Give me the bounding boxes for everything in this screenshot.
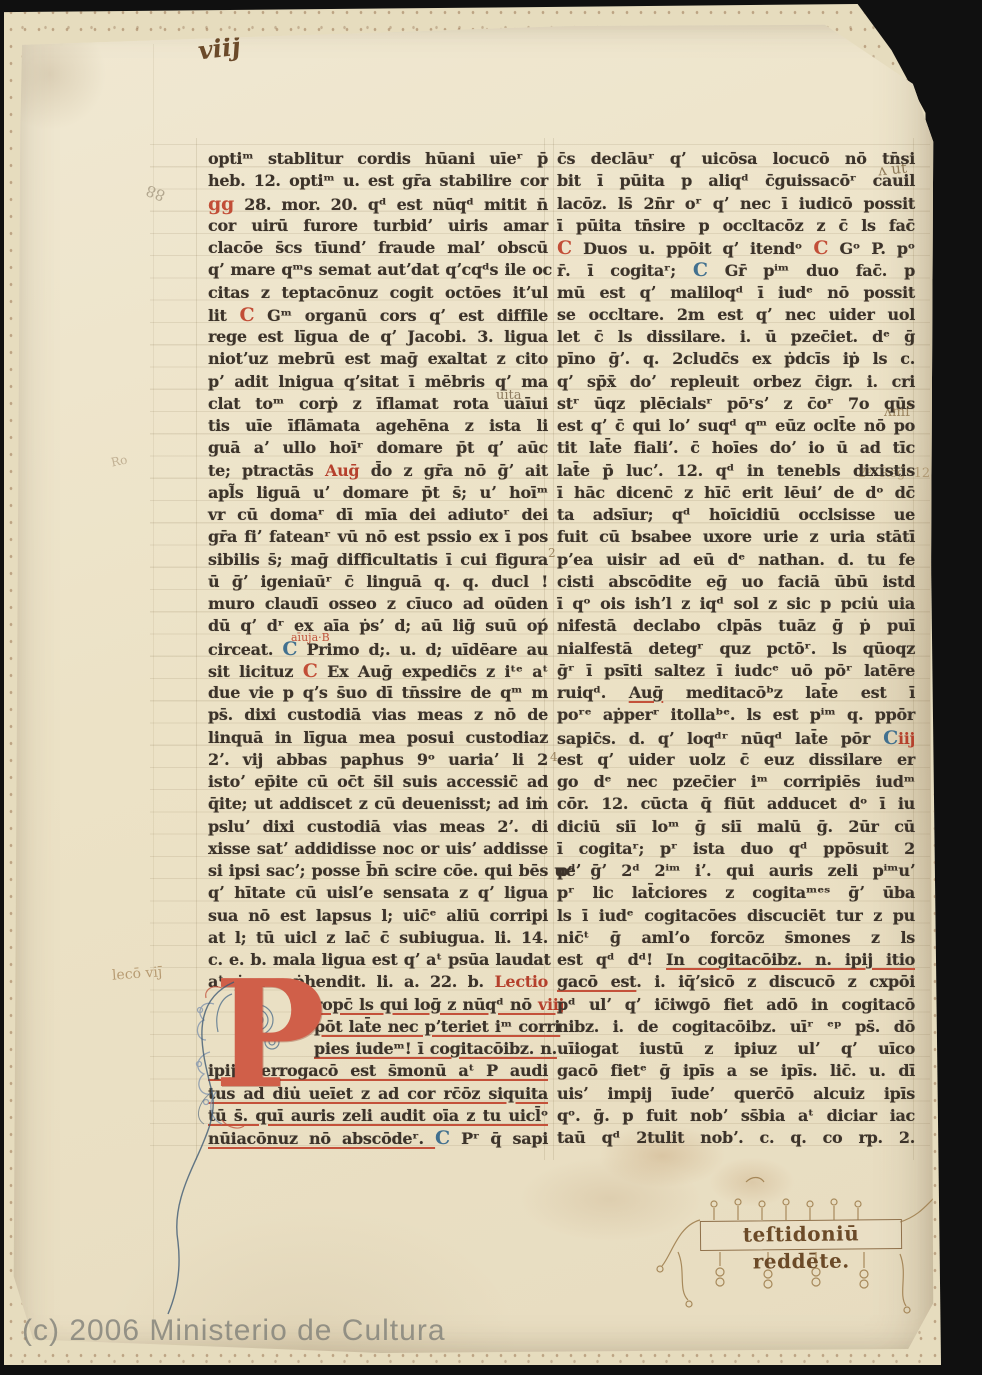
text-segment: . i. iq̄ʼsicō z discucō z cxpōi (636, 972, 915, 991)
text-line: se occltare. 2m est qʼ nec uider uol (557, 304, 915, 326)
text-segment: Ex Auḡ expedic̄s z iᵗᵉ aᵗ (318, 662, 548, 681)
text-line: nialfestā detegʳ quz pctōʳ. ls qūoqz (557, 638, 915, 660)
text-segment: tis uīe īflāmata agehēna z ista li (208, 416, 548, 435)
text-segment: niotʼuz mebrū est maḡ exaltat z cito (208, 349, 548, 368)
text-line: uīiogat iustū z ipiuz ulʼ qʼ uīco (557, 1038, 915, 1060)
text-line: taū qᵈ 2tulit nobʼ. c. q. co rp. 2. (557, 1127, 915, 1149)
text-line: clat toᵐ corṗ z īflamat rota uaīui (208, 393, 548, 415)
text-segment: ls ī iudᵉ cogitacōes discuciēt tur z pu (557, 906, 915, 925)
text-segment: est qᵈ dᵈ! (557, 950, 666, 969)
text-segment: let c̄ ls dissilare. i. ū pzec̄iet. dᵉ ḡ (557, 327, 915, 346)
text-line: pʼea uisir ad eū dᵉ nathan. d. tu fe (557, 549, 915, 571)
text-segment: pᵈ ulʼ qʼ ic̄iwgō fiet adō in cogitacō (557, 995, 915, 1014)
text-segment: Auḡ (325, 461, 359, 480)
text-line: pīno ḡʼ. q. 2cludc̄s ex ṗdcīs iṗ ls c. (557, 348, 915, 370)
text-segment: qᵒ. ḡ. p fuit nobʼ ss̄bia aᵗ diciar iac (557, 1106, 915, 1125)
text-line: pᵈ ulʼ qʼ ic̄iwgō fiet adō in cogitacō (557, 994, 915, 1016)
text-segment: cōr. 12. cūcta q̄ fiūt adducet dᵒ ī iu (557, 794, 915, 813)
text-line: due vie p qʼs s̄uo dī tn̄ssire de qᵐ m (208, 682, 548, 704)
text-line: te; ptractās Auḡ d̄o z gr̄a nō ḡʼ ait (208, 460, 548, 482)
text-line: pʼ adit lnigua qʼsitat ī mēbris qʼ ma (208, 371, 548, 393)
text-segment: se occltare. 2m est qʼ nec uider uol (557, 305, 915, 324)
text-line: est qᵈ dᵈ! In cogitacōibz. n. ipij itio (557, 949, 915, 971)
text-line: diciū siī loᵐ ḡ siī malū ḡ. 2ūr cū (557, 816, 915, 838)
text-segment: qʼ hītate cū uislʼe sensata z qʼ ligua (208, 883, 548, 902)
text-segment: linquā in līgua mea posui custodiaz (208, 728, 548, 747)
text-line: at l; tū uicl z lac̄ c̄ subiugua. li. 14… (208, 927, 548, 949)
text-segment: mū est qʼ maliloqᵈ ī iudᵉ nō possit (557, 283, 915, 302)
text-segment: Primo d;. u. d; uīdēare au (297, 640, 548, 659)
text-segment: pʼea uisir ad eū dᵉ nathan. d. tu fe (557, 550, 915, 569)
text-line: gacō fietᵉ ḡ ipīs a se ipīs. lic̄. u. dī (557, 1060, 915, 1082)
text-segment: c̄s declāuʳ qʼ uicōsa locucō nō tn̄si (557, 149, 915, 168)
text-segment: vr cū domaʳ dī mīa dei adiutoʳ dei (208, 505, 548, 524)
text-segment: nialfestā detegʳ quz pctōʳ. ls qūoqz (557, 639, 915, 658)
text-segment: optiᵐ stablitur cordis hūani uīeʳ p̄ (208, 149, 548, 168)
text-segment: ū ḡʼ igeniaūʳ c̄ linguā q. q. ducl ! (208, 572, 548, 591)
text-segment: ruiqᵈ. (557, 683, 629, 702)
text-segment: si ipsi sacʼ; posse b̄n̄ scire cōe. qui … (208, 861, 581, 880)
text-line: stʳ ūqz plēcialsʳ pōʳsʼ z c̄oʳ 7o qūs (557, 393, 915, 415)
text-segment: ta adsīur; qᵈ hoīcidiū occlsisse ue (557, 505, 915, 524)
text-segment: pᵈ ḡʼ 2ᵈ 2ⁱᵐ iʼ. qui auris zeli pⁱᵐuʼ (557, 861, 915, 880)
text-line: psluʼ dixi custodiā vias meas 2ʼ. di (208, 816, 548, 838)
text-line: ī cogitaʳ; pʳ ista duo qᵈ ppōsuit 2 (557, 838, 915, 860)
text-line: ḡʳ ī psīti saltez ī iudcᵉ uō pōʳ latēre (557, 660, 915, 682)
text-line: citas z teptacōnuz cogit octōes itʼul (208, 282, 548, 304)
text-line: nic̄ᵗ ḡ amlʼo forcōz s̄mones z ls (557, 927, 915, 949)
text-line: vr cū domaʳ dī mīa dei adiutoʳ dei (208, 504, 548, 526)
text-line: qʼ hītate cū uislʼe sensata z qʼ ligua (208, 882, 548, 904)
text-segment: due vie p qʼs s̄uo dī tn̄ssire de qᵐ m (208, 683, 548, 702)
text-segment: lat̄e p̄ lucʼ. 12. qᵈ in tenebls dixisti… (557, 461, 915, 480)
text-segment: sit licituz (208, 662, 303, 681)
text-segment: bit ī pūita p aliqᵈ c̄guissacōʳ cauil (557, 171, 915, 190)
text-segment: Gᵒ P. pᵒ (828, 239, 915, 258)
text-segment: ī hāc dicenc̄ z hīc̄ erit lēuiʼ de dᵒ dc… (557, 483, 915, 502)
text-segment: C (282, 638, 297, 660)
text-line: sibilis s̄; maḡ difficultatis ī cui figu… (208, 549, 548, 571)
text-segment: gacō est (557, 972, 636, 991)
text-segment: iij (898, 729, 915, 748)
text-segment: Pʳ q̄ sapi (450, 1129, 548, 1148)
text-line: ū ḡʼ igeniaūʳ c̄ linguā q. q. ducl ! (208, 571, 548, 593)
text-segment: circeat. (208, 640, 282, 659)
text-line: gacō est. i. iq̄ʼsicō z discucō z cxpōi (557, 971, 915, 993)
text-line: tis uīe īflāmata agehēna z ista li (208, 415, 548, 437)
text-segment: dū qʼ dʳ ex aīa ṗsʼ d; aū liḡ suū oṕ (208, 616, 548, 635)
text-line: lit C Gᵐ organū cors qʼ est diffile (208, 304, 548, 326)
catchword-label: teſtidoniū reddēte. (700, 1219, 902, 1251)
text-segment: d̄o z gr̄a nō ḡʼ ait (359, 461, 548, 480)
text-segment: apl̃s liguā uʼ domare p̄t s̄; uʼ hoīᵐ (208, 483, 548, 502)
text-line: sua nō est lapsus l; uic̄ᵉ aliū corripi (208, 905, 548, 927)
text-line: niotʼuz mebrū est maḡ exaltat z cito (208, 348, 548, 370)
text-line: circeat. C Primo d;. u. d; uīdēare au (208, 638, 548, 660)
text-line: istoʼ ep̄ite cū oc̄t s̄il suis accessic̄… (208, 771, 548, 793)
text-segment: fuit cū bsabee uxore urie z uria stātī (557, 527, 915, 546)
text-segment: tit lat̄e fialiʼ. c̄ hoīes doʼ io ū ad t… (557, 438, 915, 457)
text-line: lat̄e p̄ lucʼ. 12. qᵈ in tenebls dixisti… (557, 460, 915, 482)
text-line: go dᵉ nec pzec̄ier iᵐ corripiēs iudᵐ (557, 771, 915, 793)
text-segment: nifestā declabo clpās tuāz ḡ ṗ puī (557, 616, 915, 635)
text-line: qᵒ. ḡ. p fuit nobʼ ss̄bia aᵗ diciar iac (557, 1105, 915, 1127)
text-segment: 28. mor. 20. qᵈ est nūqᵈ mitit n̄ (234, 195, 548, 214)
margin-note-pencil: 88 (143, 181, 167, 204)
text-line: xisse satʼ addidisse noc or uisʼ addisse (208, 838, 548, 860)
text-line: pʳ lic lat̄ciores z cogitaᵐᵉˢ ḡʼ ūba (557, 882, 915, 904)
text-line: C Duos u. ppōit qʼ itendᵒ C Gᵒ P. pᵒ (557, 237, 915, 259)
text-segment: nibz. i. de cogitacōibz. uīʳ ᵉᵖ ps̄. dō (557, 1017, 915, 1036)
text-line: cor uirū furore turbidʼ uiris amar (208, 215, 548, 237)
text-line: c̄s declāuʳ qʼ uicōsa locucō nō tn̄si (557, 148, 915, 170)
text-segment: ps̄. dixi custodiā vias meas z nō de (208, 705, 548, 724)
text-segment: q̄ite; ut addiscet z cū deuenisst; ad iṁ (208, 794, 548, 813)
copyright-watermark: (c) 2006 Ministerio de Cultura (22, 1314, 446, 1348)
pen-flourish-icon (138, 952, 258, 1322)
text-line: est qʼ uider uolz c̄ euz dissilare er (557, 749, 915, 771)
text-segment: gg (208, 193, 234, 215)
text-segment: In cogitacōibz. n. ipij itio (666, 950, 915, 969)
text-line: fuit cū bsabee uxore urie z uria stātī (557, 526, 915, 548)
text-segment: pīno ḡʼ. q. 2cludc̄s ex ṗdcīs iṗ ls c. (557, 349, 915, 368)
text-line: sapic̄s. d. qʼ loqᵈʳ nūqᵈ lat̄e pōr Ciij (557, 727, 915, 749)
text-segment: xisse satʼ addidisse noc or uisʼ addisse (208, 839, 548, 858)
text-segment: rege est līgua de qʼ Jacobi. 3. ligua (208, 327, 548, 346)
text-segment: gacō fietᵉ ḡ ipīs a se ipīs. lic̄. u. dī (557, 1061, 915, 1080)
text-segment: sua nō est lapsus l; uic̄ᵉ aliū corripi (208, 906, 548, 925)
text-segment: Lectio (494, 972, 548, 991)
text-line: cisti abscōdite eḡ uo faciā ūbū istd (557, 571, 915, 593)
text-line: nifestā declabo clpās tuāz ḡ ṗ puī (557, 615, 915, 637)
text-line: si ipsi sacʼ; posse b̄n̄ scire cōe. qui … (208, 860, 548, 882)
text-line: lacōz. ls̄ 2n̄r oʳ qʼ nec ī iudicō possi… (557, 193, 915, 215)
text-segment: psluʼ dixi custodiā vias meas 2ʼ. di (208, 817, 548, 836)
margin-note-left-faint: Ro (110, 452, 129, 469)
text-line: clacōe s̄cs tīundʼ fraude malʼ obscū (208, 237, 548, 259)
text-segment: taū qᵈ 2tulit nobʼ. c. q. co rp. 2. (557, 1128, 915, 1147)
text-segment: ī qᵒ ois ishʼl z iqᵈ sol z sic p pciu̇ u… (557, 594, 915, 613)
text-segment: poʳᵉ aṗperʳ itollaᵇᵉ. ls est pⁱᵐ q. ppōr (557, 705, 915, 724)
text-line: heb. 12. optiᵐ u. est gr̄a stabilire cor (208, 170, 548, 192)
text-segment: sapic̄s. d. qʼ loqᵈʳ nūqᵈ lat̄e pōr (557, 729, 883, 748)
text-segment: pʳ lic lat̄ciores z cogitaᵐᵉˢ ḡʼ ūba (557, 883, 915, 902)
text-line: mū est qʼ maliloqᵈ ī iudᵉ nō possit (557, 282, 915, 304)
text-segment: Gᵐ organū cors qʼ est diffile (254, 306, 548, 325)
text-segment: qʼ sp̄x̄ doʼ repleuit orbez c̄igr. i. cr… (557, 372, 915, 391)
text-segment: gr̄a fiʼ fateanʳ vū nō est pssio ex ī po… (208, 527, 548, 546)
text-line: ps̄. dixi custodiā vias meas z nō de (208, 704, 548, 726)
between-column-mark: 2 (548, 546, 556, 560)
text-segment: ī cogitaʳ; pʳ ista duo qᵈ ppōsuit 2 (557, 839, 915, 858)
text-segment: sibilis s̄; maḡ difficultatis ī cui figu… (208, 550, 548, 569)
text-segment: qʼ mare qᵐs semat autʼdat qʼcqᵈs ile oc (208, 260, 552, 279)
text-segment: meditacōᵇz lat̄e est ī (663, 683, 915, 702)
text-segment: go dᵉ nec pzec̄ier iᵐ corripiēs iudᵐ (557, 772, 915, 791)
text-line: q̄ite; ut addiscet z cū deuenisst; ad iṁ (208, 793, 548, 815)
text-segment: pōt lat̄e nec pʼteriet iᵐ corri (314, 1017, 560, 1036)
text-line: ta adsīur; qᵈ hoīcidiū occlsisse ue (557, 504, 915, 526)
text-segment: C (813, 237, 828, 259)
text-segment: citas z teptacōnuz cogit octōes itʼul (208, 283, 548, 302)
text-segment: C (883, 727, 898, 749)
text-segment: est qʼ c̄ qui loʼ suqᵈ qᵐ eūz oclt̄e nō … (557, 416, 915, 435)
text-segment: est qʼ uider uolz c̄ euz dissilare er (557, 750, 915, 769)
text-segment: C (303, 660, 318, 682)
text-line: ruiqᵈ. Auḡ meditacōᵇz lat̄e est ī (557, 682, 915, 704)
text-line: linquā in līgua mea posui custodiaz (208, 727, 548, 749)
text-segment: C (240, 304, 255, 326)
text-segment: at l; tū uicl z lac̄ c̄ subiugua. li. 14… (208, 928, 548, 947)
text-column-right: c̄s declāuʳ qʼ uicōsa locucō nō tn̄sibit… (557, 148, 915, 1149)
text-segment: nic̄ᵗ ḡ amlʼo forcōz s̄mones z ls (557, 928, 915, 947)
text-line: gr̄a fiʼ fateanʳ vū nō est pssio ex ī po… (208, 526, 548, 548)
text-line: rege est līgua de qʼ Jacobi. 3. ligua (208, 326, 548, 348)
text-line: nibz. i. de cogitacōibz. uīʳ ᵉᵖ ps̄. dō (557, 1016, 915, 1038)
text-line: gg 28. mor. 20. qᵈ est nūqᵈ mitit n̄ (208, 193, 548, 215)
text-segment: stʳ ūqz plēcialsʳ pōʳsʼ z c̄oʳ 7o qūs (557, 394, 915, 413)
text-segment: clacōe s̄cs tīundʼ fraude malʼ obscū (208, 238, 548, 257)
text-line: optiᵐ stablitur cordis hūani uīeʳ p̄ (208, 148, 548, 170)
text-line: muro claudī osseo z cīuco ad oūden (208, 593, 548, 615)
text-segment: diciū siī loᵐ ḡ siī malū ḡ. 2ūr cū (557, 817, 915, 836)
text-segment: C (435, 1127, 450, 1149)
text-line: r̄. ī cogitaʳ; C Gr̄ pⁱᵐ duo fac̄. p (557, 259, 915, 281)
text-line: ī pūita tn̄sire p occltacōz z c̄ ls fac̄ (557, 215, 915, 237)
text-segment: clat toᵐ corṗ z īflamat rota uaīui (208, 394, 548, 413)
text-line: ī qᵒ ois ishʼl z iqᵈ sol z sic p pciu̇ u… (557, 593, 915, 615)
text-segment: ī pūita tn̄sire p occltacōz z c̄ ls fac̄ (557, 216, 915, 235)
text-line: poʳᵉ aṗperʳ itollaᵇᵉ. ls est pⁱᵐ q. ppōr (557, 704, 915, 726)
text-line: let c̄ ls dissilare. i. ū pzec̄iet. dᵉ ḡ (557, 326, 915, 348)
text-segment: cisti abscōdite eḡ uo faciā ūbū istd (557, 572, 915, 591)
text-line: pᵈ ḡʼ 2ᵈ 2ⁱᵐ iʼ. qui auris zeli pⁱᵐuʼ (557, 860, 915, 882)
text-segment: lacōz. ls̄ 2n̄r oʳ qʼ nec ī iudicō possi… (557, 194, 915, 213)
text-segment: Auḡ (629, 683, 663, 702)
text-line: tit lat̄e fialiʼ. c̄ hoīes doʼ io ū ad t… (557, 437, 915, 459)
text-segment: uīiogat iustū z ipiuz ulʼ qʼ uīco (557, 1039, 915, 1058)
text-line: qʼ mare qᵐs semat autʼdat qʼcqᵈs ile oc (208, 259, 548, 281)
text-line: qʼ sp̄x̄ doʼ repleuit orbez c̄igr. i. cr… (557, 371, 915, 393)
text-line: sit licituz C Ex Auḡ expedic̄s z iᵗᵉ aᵗ (208, 660, 548, 682)
text-segment: ḡʳ ī psīti saltez ī iudcᵉ uō pōʳ latēre (557, 661, 915, 680)
text-segment: ropc̄ ls qui loḡ z nūqᵈ nō (314, 995, 538, 1014)
text-segment: 2ʼ. vij abbas paphus 9ᵒ uariaʼ li 2 (208, 750, 548, 769)
text-segment: cor uirū furore turbidʼ uiris amar (208, 216, 548, 235)
text-segment: heb. 12. optiᵐ u. est gr̄a stabilire cor (208, 171, 548, 190)
text-segment: te; ptractās (208, 461, 325, 480)
text-segment: Duos u. ppōit qʼ itendᵒ (572, 239, 814, 258)
text-line: uisʼ impij īudeʼ querc̄ō alcuiz ipīs (557, 1083, 915, 1105)
text-segment: guā aʼ ullo hoīʳ domare p̄t qʼ aūc (208, 438, 548, 457)
text-line: bit ī pūita p aliqᵈ c̄guissacōʳ cauil (557, 170, 915, 192)
text-line: cōr. 12. cūcta q̄ fiūt adducet dᵒ ī iu (557, 793, 915, 815)
manuscript-photo: { "page": { "folio_number": "viij", "wat… (0, 0, 982, 1375)
text-segment: Gr̄ pⁱᵐ duo fac̄. p (708, 261, 915, 280)
text-line: guā aʼ ullo hoīʳ domare p̄t qʼ aūc (208, 437, 548, 459)
text-segment: pies iudeᵐ! ī cogitacōibz. n. (314, 1039, 557, 1058)
text-line: apl̃s liguā uʼ domare p̄t s̄; uʼ hoīᵐ (208, 482, 548, 504)
text-segment: lit (208, 306, 240, 325)
manuscript-page: viij 88 Ro lecō vij̄ ʌ ut ʌmſ̄ 2ᵒ· Reǵ· … (10, 14, 936, 1357)
text-segment: r̄. ī cogitaʳ; (557, 261, 693, 280)
text-line: 2ʼ. vij abbas paphus 9ᵒ uariaʼ li 2 (208, 749, 548, 771)
text-segment: pʼ adit lnigua qʼsitat ī mēbris qʼ ma (208, 372, 548, 391)
text-segment: muro claudī osseo z cīuco ad oūden (208, 594, 548, 613)
text-segment: uisʼ impij īudeʼ querc̄ō alcuiz ipīs (557, 1084, 915, 1103)
text-line: ls ī iudᵉ cogitacōes discuciēt tur z pu (557, 905, 915, 927)
text-line: ī hāc dicenc̄ z hīc̄ erit lēuiʼ de dᵒ dc… (557, 482, 915, 504)
text-segment: C (693, 259, 708, 281)
text-line: est qʼ c̄ qui loʼ suqᵈ qᵐ eūz oclt̄e nō … (557, 415, 915, 437)
text-segment: istoʼ ep̄ite cū oc̄t s̄il suis accessic̄… (208, 772, 548, 791)
text-line: dū qʼ dʳ ex aīa ṗsʼ d; aū liḡ suū oṕ (208, 615, 548, 637)
text-segment: C (557, 237, 572, 259)
